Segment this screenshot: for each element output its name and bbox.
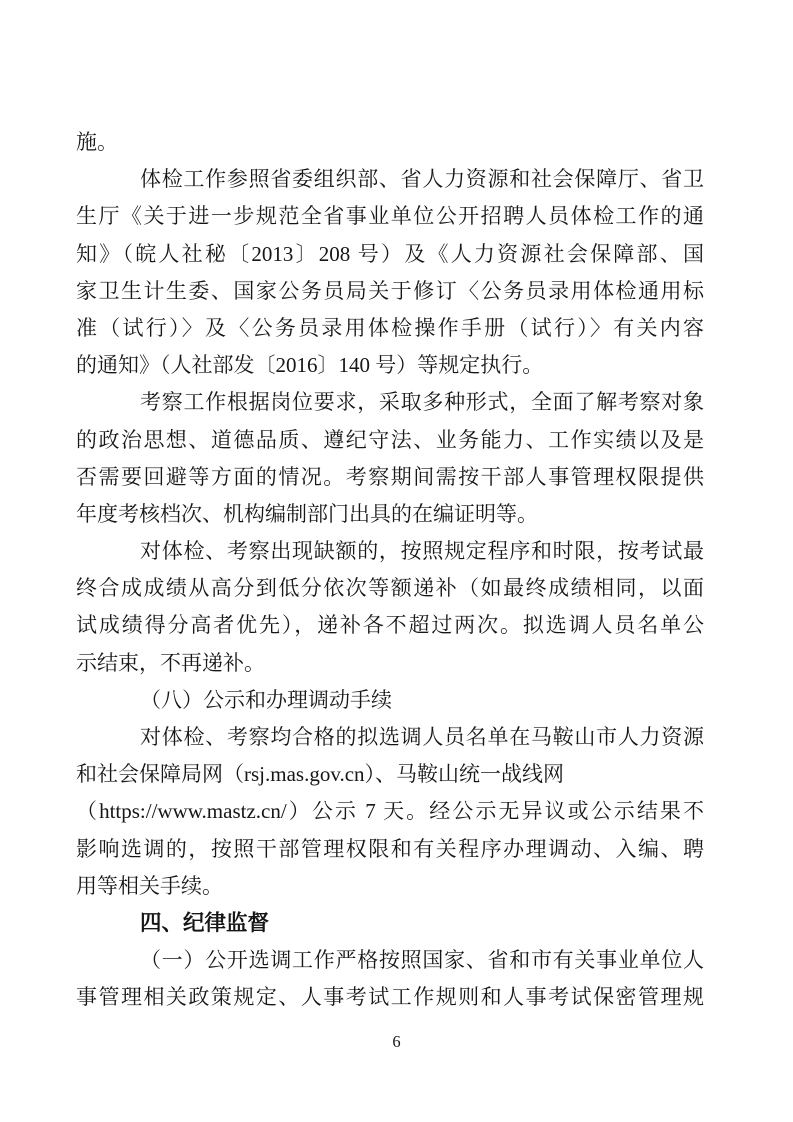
text-line: 否需要回避等方面的情况。考察期间需按干部人事管理权限提供	[76, 459, 704, 496]
document-body: 施。体检工作参照省委组织部、省人力资源和社会保障厅、省卫生厅《关于进一步规范全省…	[76, 124, 704, 1017]
text-line: 影响选调的，按照干部管理权限和有关程序办理调动、入编、聘	[76, 831, 704, 868]
text-line: 的政治思想、道德品质、遵纪守法、业务能力、工作实绩以及是	[76, 422, 704, 459]
text-line: 试成绩得分高者优先），递补各不超过两次。拟选调人员名单公	[76, 607, 704, 644]
text-line: 准（试行）〉及〈公务员录用体检操作手册（试行）〉有关内容	[76, 310, 704, 347]
text-line: 考察工作根据岗位要求，采取多种形式，全面了解考察对象	[76, 384, 704, 421]
page-number: 6	[0, 1030, 793, 1054]
text-line: 施。	[76, 124, 704, 161]
text-line: （https://www.mastz.cn/）公示 7 天。经公示无异议或公示结…	[76, 793, 704, 830]
text-line: 生厅《关于进一步规范全省事业单位公开招聘人员体检工作的通	[76, 198, 704, 235]
text-line: 用等相关手续。	[76, 868, 704, 905]
text-line: 示结束，不再递补。	[76, 645, 704, 682]
text-line: 知》（皖人社秘〔2013〕208 号）及《人力资源社会保障部、国	[76, 236, 704, 273]
text-line: 事管理相关政策规定、人事考试工作规则和人事考试保密管理规	[76, 979, 704, 1016]
text-line: 的通知》（人社部发〔2016〕140 号）等规定执行。	[76, 347, 704, 384]
text-line: 体检工作参照省委组织部、省人力资源和社会保障厅、省卫	[76, 161, 704, 198]
text-line: 和社会保障局网（rsj.mas.gov.cn）、马鞍山统一战线网	[76, 756, 704, 793]
text-line: 年度考核档次、机构编制部门出具的在编证明等。	[76, 496, 704, 533]
text-line: 对体检、考察出现缺额的，按照规定程序和时限，按考试最	[76, 533, 704, 570]
section-heading: 四、纪律监督	[76, 905, 704, 942]
text-line: （八）公示和办理调动手续	[76, 682, 704, 719]
text-line: 对体检、考察均合格的拟选调人员名单在马鞍山市人力资源	[76, 719, 704, 756]
text-line: （一）公开选调工作严格按照国家、省和市有关事业单位人	[76, 942, 704, 979]
document-page: 施。体检工作参照省委组织部、省人力资源和社会保障厅、省卫生厅《关于进一步规范全省…	[0, 0, 793, 1122]
text-line: 终合成成绩从高分到低分依次等额递补（如最终成绩相同，以面	[76, 570, 704, 607]
text-line: 家卫生计生委、国家公务员局关于修订〈公务员录用体检通用标	[76, 273, 704, 310]
